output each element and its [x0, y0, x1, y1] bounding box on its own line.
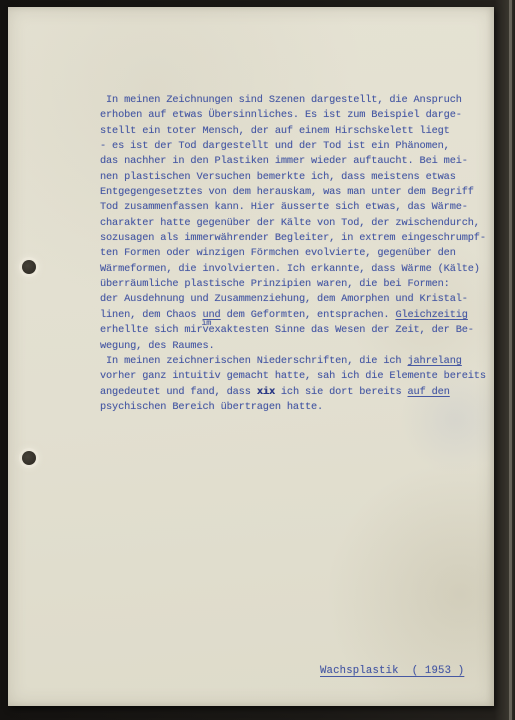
text-line: erhoben auf etwas Übersinnliches. Es ist…: [100, 108, 502, 123]
text-line: nen plastischen Versuchen bemerkte ich, …: [100, 170, 502, 185]
text-line: Entgegengesetztes von dem herauskam, was…: [100, 185, 502, 200]
text-line: Tod zusammenfassen kann. Hier äusserte s…: [100, 200, 502, 215]
text-line: erhellte sich mirvimexaktesten Sinne das…: [100, 323, 502, 338]
document-page: In meinen Zeichnungen sind Szenen darges…: [8, 7, 494, 706]
text-line: - es ist der Tod dargestellt und der Tod…: [100, 139, 502, 154]
underlined-word: Gleichzeitig: [395, 309, 467, 321]
insertion-caret: vim: [203, 324, 209, 336]
inserted-word-above-line: im: [202, 316, 212, 331]
underlined-word: auf den: [408, 386, 450, 398]
caption-title: Wachsplastik ( 1953 ): [320, 665, 464, 677]
punch-hole-bottom: [22, 451, 36, 465]
text-line: überräumliche plastische Prinzipien ware…: [100, 277, 502, 292]
scan-background: In meinen Zeichnungen sind Szenen darges…: [0, 0, 515, 720]
scan-edge-highlight: [509, 0, 512, 720]
text-line: vorher ganz intuitiv gemacht hatte, sah …: [100, 369, 502, 384]
text-line: stellt ein toter Mensch, der auf einem H…: [100, 124, 502, 139]
text-line: das nachher in den Plastiken immer wiede…: [100, 154, 502, 169]
text-line: wegung, des Raumes.: [100, 339, 502, 354]
text-line: linen, dem Chaos und dem Geformten, ents…: [100, 308, 502, 323]
text-line: In meinen zeichnerischen Niederschriften…: [100, 354, 502, 369]
text-line: ten Formen oder winzigen Förmchen evolvi…: [100, 246, 502, 261]
text-line: Wärmeformen, die involvierten. Ich erkan…: [100, 262, 502, 277]
typewritten-text: In meinen Zeichnungen sind Szenen darges…: [100, 93, 502, 415]
underlined-word: jahrelang: [408, 355, 462, 367]
text-line: der Ausdehnung und Zusammenziehung, dem …: [100, 292, 502, 307]
text-line: angedeutet und fand, dass xix ich sie do…: [100, 385, 502, 400]
punch-hole-top: [22, 260, 36, 274]
text-line: psychischen Bereich übertragen hatte.: [100, 400, 502, 415]
text-line: charakter hatte gegenüber der Kälte von …: [100, 216, 502, 231]
text-line: sozusagen als immerwährender Begleiter, …: [100, 231, 502, 246]
overstruck-word: xix: [257, 386, 275, 398]
text-line: In meinen Zeichnungen sind Szenen darges…: [100, 93, 502, 108]
